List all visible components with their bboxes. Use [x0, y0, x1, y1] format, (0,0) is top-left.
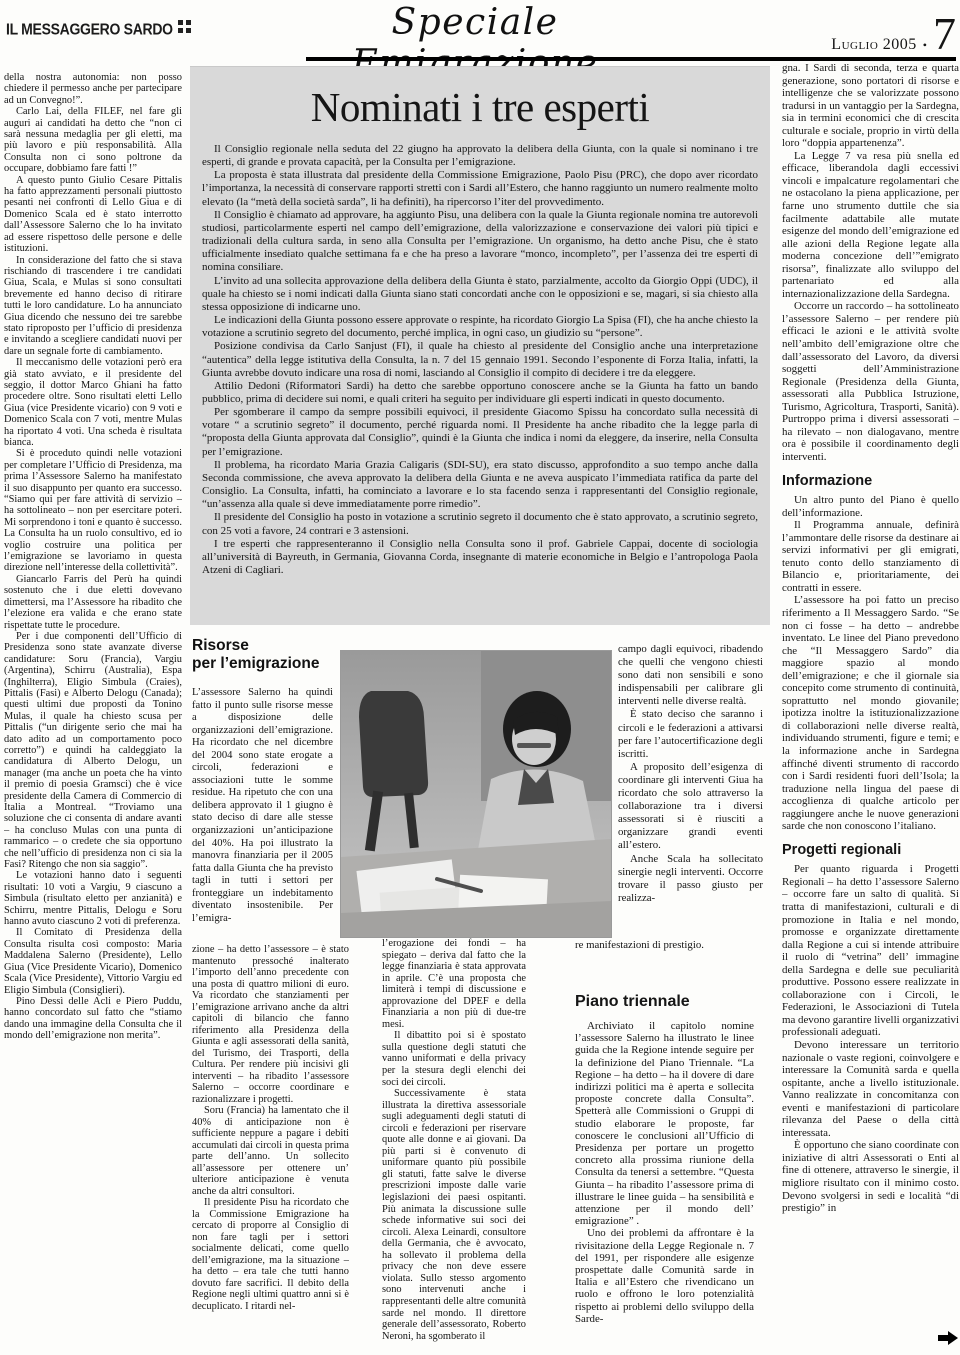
risorse-column-3-continuation: re manifestazioni di prestigio.: [575, 939, 753, 952]
paragraph: Il Comitato di Presidenza della Consulta…: [4, 927, 182, 995]
paragraph: Un altro punto del Piano è quello dell’i…: [782, 494, 959, 519]
paragraph: Il Consiglio è chiamato ad approvare, ha…: [202, 209, 758, 275]
paragraph: La proposta è stata illustrata dal presi…: [202, 169, 758, 208]
issue-block: Luglio 2005 • 7: [831, 14, 956, 54]
risorse-heading-line2: per l’emigrazione: [192, 655, 319, 672]
paragraph: L’assessore Salerno ha quindi fatto il p…: [192, 687, 333, 925]
newspaper-page: IL MESSAGGERO SARDO Speciale Emigrazione…: [0, 0, 960, 1355]
paragraph: I tre esperti che rappresenteranno il Co…: [202, 538, 758, 577]
paragraph: della nostra autonomia: non posso chiede…: [4, 72, 182, 106]
masthead-logo-text: IL MESSAGGERO SARDO: [6, 20, 173, 38]
risorse-section-heading: Risorse per l’emigrazione: [192, 637, 319, 673]
paragraph: Per i due componenti dell’Ufficio di Pre…: [4, 631, 182, 871]
paragraph: Pino Dessì delle Acli e Piero Puddu, han…: [4, 996, 182, 1042]
article-photo: [340, 650, 612, 938]
paragraph: È opportuno che siano coordinate con ini…: [782, 1139, 959, 1214]
paragraph: Successivamente è stata illustrata la di…: [382, 1088, 526, 1342]
page-number: 7: [933, 14, 956, 54]
paragraph: Occorre un raccordo – ha sottolineato l’…: [782, 300, 959, 463]
informazione-body: Un altro punto del Piano è quello dell’i…: [782, 494, 959, 833]
paragraph: La Legge 7 va resa più snella ed efficac…: [782, 150, 959, 301]
paragraph: Carlo Lai, della FILEF, nel fare gli aug…: [4, 106, 182, 174]
continuation-arrow-icon: [938, 1331, 958, 1345]
piano-triennale-body: Archiviato il capitolo nomine l’assessor…: [575, 1020, 754, 1353]
paragraph: Giancarlo Farris del Perù ha quindi sost…: [4, 574, 182, 631]
paragraph: Il presidente Pisu ha ricordato che la C…: [192, 1197, 349, 1312]
paragraph: Le indicazioni della Giunta possono esse…: [202, 314, 758, 340]
paragraph: Il problema, ha ricordato Maria Grazia C…: [202, 459, 758, 512]
risorse-column-2: l’erogazione dei fondi – ha spiegato – d…: [382, 938, 526, 1353]
piano-triennale-heading: Piano triennale: [575, 993, 690, 1011]
paragraph: Attilio Dedoni (Riformatori Sardi) ha de…: [202, 380, 758, 406]
paragraph: In considerazione del fatto che si stava…: [4, 255, 182, 358]
paragraph: È stato deciso che saranno i circoli e l…: [618, 708, 763, 760]
risorse-column-3-top: campo dagli equivoci, ribadendo che quel…: [618, 643, 763, 941]
main-article-title: Nominati i tre esperti: [202, 83, 758, 131]
risorse-column-1-top: L’assessore Salerno ha quindi fatto il p…: [192, 687, 333, 940]
right-article-column: gna. I Sardi di seconda, terza e quarta …: [782, 62, 959, 1339]
paragraph: Per quanto riguarda i Progetti Regionali…: [782, 863, 959, 1039]
progetti-regionali-body: Per quanto riguarda i Progetti Regionali…: [782, 863, 959, 1214]
paragraph: Si è proceduto quindi nelle votazioni pe…: [4, 448, 182, 573]
paragraph: Soru (Francia) ha lamentato che il 40% d…: [192, 1105, 349, 1197]
paragraph: Il Programma annuale, definirà l’ammonta…: [782, 519, 959, 594]
paragraph: L’assessore ha poi fatto un preciso rife…: [782, 594, 959, 832]
paragraph: Devono interessare un territorio naziona…: [782, 1039, 959, 1139]
informazione-heading: Informazione: [782, 475, 959, 488]
right-column-intro: gna. I Sardi di seconda, terza e quarta …: [782, 62, 959, 464]
paragraph: Uno dei problemi da affrontare è la rivi…: [575, 1227, 754, 1325]
paragraph: Posizione condivisa da Carlo Sanjust (FI…: [202, 340, 758, 379]
paragraph: Il meccanismo delle votazioni però era g…: [4, 357, 182, 448]
paragraph: Il Consiglio regionale nella seduta del …: [202, 143, 758, 169]
risorse-heading-line1: Risorse: [192, 637, 249, 654]
paragraph: Il presidente del Consiglio ha posto in …: [202, 511, 758, 537]
paragraph: l’erogazione dei fondi – ha spiegato – d…: [382, 938, 526, 1030]
paragraph: Per sgomberare il campo da sempre possib…: [202, 406, 758, 459]
paragraph: Anche Scala ha sollecitato sinergie negl…: [618, 853, 763, 905]
issue-date: Luglio 2005: [831, 36, 917, 54]
paragraph: Archiviato il capitolo nomine l’assessor…: [575, 1020, 754, 1227]
header-rule: [306, 57, 956, 61]
paragraph: gna. I Sardi di seconda, terza e quarta …: [782, 62, 959, 150]
progetti-regionali-heading: Progetti regionali: [782, 844, 959, 857]
paragraph: A questo punto Giulio Cesare Pittalis ha…: [4, 175, 182, 255]
four-moors-emblem-icon: [178, 20, 191, 38]
paragraph: A proposito dell’esigenza di coordinare …: [618, 761, 763, 853]
paragraph: campo dagli equivoci, ribadendo che quel…: [618, 643, 763, 708]
risorse-column-1-bottom: zione – ha detto l’assessore – è stato m…: [192, 944, 349, 1353]
paragraph: Il dibattito poi si è spostato sulla que…: [382, 1030, 526, 1088]
paragraph: L’invito ad una sollecita approvazione d…: [202, 275, 758, 314]
paragraph: Le votazioni hanno dato i seguenti risul…: [4, 870, 182, 927]
masthead-logo: IL MESSAGGERO SARDO: [6, 20, 191, 38]
paragraph: zione – ha detto l’assessore – è stato m…: [192, 944, 349, 1105]
issue-separator: •: [923, 38, 927, 53]
main-article-body: Il Consiglio regionale nella seduta del …: [202, 143, 758, 577]
main-article-box: Nominati i tre esperti Il Consiglio regi…: [190, 66, 770, 625]
left-article-column: della nostra autonomia: non posso chiede…: [4, 72, 182, 1353]
